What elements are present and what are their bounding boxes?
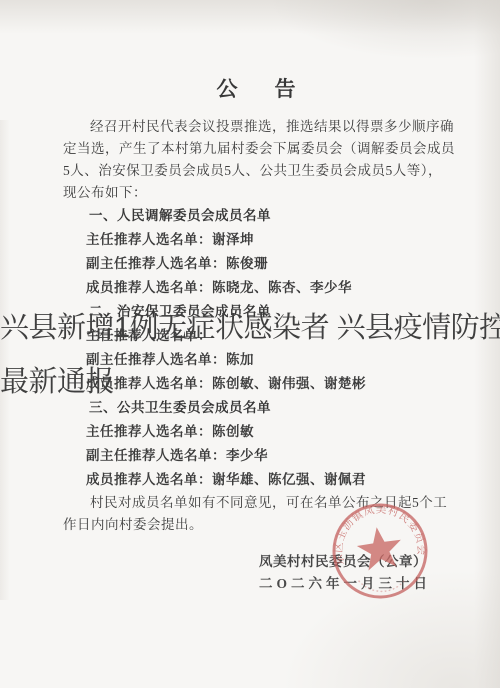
doc-title: 公 告 [63, 74, 457, 108]
section-line: 成员推荐人选名单：谢华雄、陈亿强、谢佩君 [63, 468, 457, 492]
doc-intro-paragraph: 经召开村民代表会议投票推选，推选结果以得票多少顺序确 定当选，产生了本村第九届村… [63, 116, 457, 204]
photo-shadow-top [0, 0, 500, 34]
seal-star-icon [355, 524, 405, 571]
paragraph-line: 现公布如下： [63, 182, 457, 204]
headline-line-1: 兴县新增1例无症状感染者 兴县疫情防控 [0, 301, 500, 355]
section-line: 成员推荐人选名单：陈晓龙、陈杏、李少华 [63, 276, 457, 300]
official-seal-stamp: 东区玉沥镇凤美村民委员会 ************* [319, 490, 441, 612]
photo-shadow-top-right [270, 0, 500, 60]
paragraph-line: 5人、治安保卫委员会成员5人、公共卫生委员会成员5人等）， [63, 160, 457, 182]
news-headline-overlay: 兴县新增1例无症状感染者 兴县疫情防控 最新通报 [0, 301, 500, 409]
section-line: 副主任推荐人选名单：陈俊珊 [63, 252, 457, 276]
announcement-photo: 公 告 经召开村民代表会议投票推选，推选结果以得票多少顺序确 定当选，产生了本村… [0, 0, 500, 688]
section-heading: 一、人民调解委员会成员名单 [63, 204, 457, 228]
paragraph-line: 经召开村民代表会议投票推选，推选结果以得票多少顺序确 [63, 116, 457, 138]
svg-text:*************: ************* [355, 573, 411, 599]
section-line: 主任推荐人选名单：谢泽坤 [63, 228, 457, 252]
headline-line-2: 最新通报 [0, 355, 500, 409]
section-mediation-committee: 一、人民调解委员会成员名单 主任推荐人选名单：谢泽坤 副主任推荐人选名单：陈俊珊… [63, 204, 457, 300]
section-public-health-committee: 三、公共卫生委员会成员名单 主任推荐人选名单：陈创敏 副主任推荐人选名单：李少华… [63, 396, 457, 492]
paragraph-line: 定当选，产生了本村第九届村委会下属委员会（调解委员会成员 [63, 138, 457, 160]
section-line: 主任推荐人选名单：陈创敏 [63, 420, 457, 444]
section-line: 副主任推荐人选名单：李少华 [63, 444, 457, 468]
